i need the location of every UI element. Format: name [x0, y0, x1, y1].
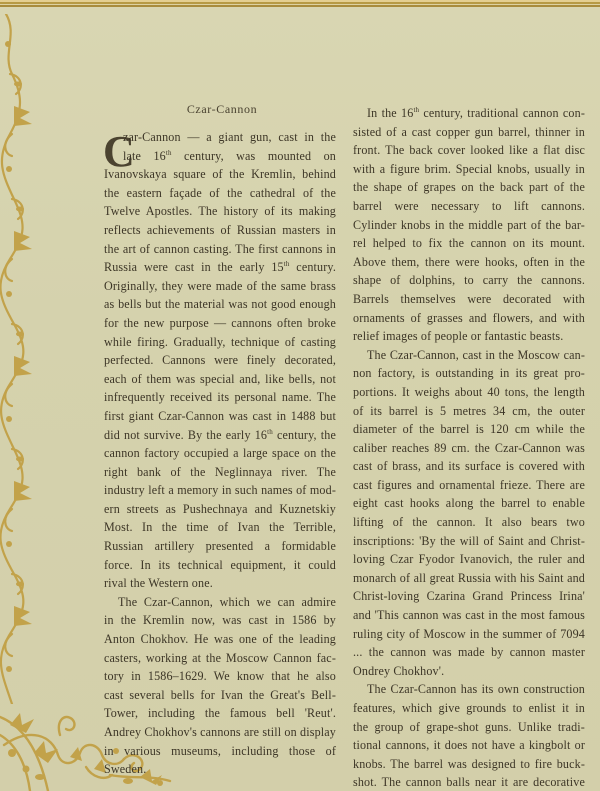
- text-line: reflects achievements of Russian masters…: [104, 221, 336, 240]
- text-line: Barrels themselves were decorated with: [353, 290, 585, 309]
- text-line: the shape of grapes on the back part of …: [353, 178, 585, 197]
- text-line: Russian artillery presented a formidable: [104, 537, 336, 556]
- text-line: casters, working at the Moscow Cannon fa…: [104, 649, 336, 668]
- text-line: Ondrey Chokhov'.: [353, 662, 585, 681]
- text-line: in the Kremlin now, was cast in 1586 by: [104, 611, 336, 630]
- text-line: cast of brass, and its surface is covere…: [353, 457, 585, 476]
- text-line: The Czar-Cannon, which we can admire: [104, 593, 336, 612]
- text-line: Ivanovskaya square of the Kremlin, behin…: [104, 165, 336, 184]
- text-line: caliber reaches 89 cm. the Czar-Cannon w…: [353, 439, 585, 458]
- text-line: barrel were necessary to lift cannons.: [353, 197, 585, 216]
- text-line: industry left a memory in such names of …: [104, 481, 336, 500]
- text-line: In the 16th century, traditional cannon …: [353, 104, 585, 123]
- text-line: with a figure brim. Special knobs, usual…: [353, 160, 585, 179]
- text-line: rival the Western one.: [104, 574, 336, 593]
- text-line: late 16th century, was mounted on: [104, 147, 336, 166]
- text-line: diameter of the barrel is 120 cm while t…: [353, 420, 585, 439]
- text-line: inscriptions: 'By the will of Saint and …: [353, 532, 585, 551]
- text-line: Sweden.: [104, 760, 336, 779]
- text-line: sisted of a cast copper gun barrel, thin…: [353, 123, 585, 142]
- text-line: Anton Chokhov. He was one of the leading: [104, 630, 336, 649]
- text-line: in various museums, including those of: [104, 742, 336, 761]
- text-line: Cylinder knobs in the middle part of the…: [353, 216, 585, 235]
- text-line: zar-Cannon — a giant gun, cast in the: [104, 128, 336, 147]
- text-line: Russia were cast in the early 15th centu…: [104, 258, 336, 277]
- text-line: ruling city of Moscow in the summer of 7…: [353, 625, 585, 644]
- text-line: the eastern façade of the cathedral of t…: [104, 184, 336, 203]
- text-line: knobs. The barrel was designed to fire b…: [353, 755, 585, 774]
- text-line: the art of cannon casting. The first can…: [104, 240, 336, 259]
- text-line: each of them was special and, like bells…: [104, 370, 336, 389]
- text-line: Christ-loving Czarina Grand Princess Iri…: [353, 587, 585, 606]
- text-line: Tower, including the famous bell 'Reut'.: [104, 704, 336, 723]
- top-gold-rule: [0, 0, 600, 10]
- text-line: as bells but the material was not good e…: [104, 295, 336, 314]
- text-line: The Czar-Cannon has its own construction: [353, 680, 585, 699]
- text-line: cast several bells for Ivan the Great's …: [104, 686, 336, 705]
- text-line: relief images of people or fantastic bea…: [353, 327, 585, 346]
- text-line: perfected. Cannons were finely decorated…: [104, 351, 336, 370]
- text-line: cast figures and ornamental frieze. Ther…: [353, 476, 585, 495]
- text-line: front. The back cover looked like a flat…: [353, 141, 585, 160]
- text-line: while firing. Gradually, technique of ca…: [104, 333, 336, 352]
- text-line: Andrey Chokhov's cannons are still on di…: [104, 723, 336, 742]
- text-line: ern streets as Pushechnaya and Kuznetski…: [104, 500, 336, 519]
- text-line: for the new purpose — cannons often brok…: [104, 314, 336, 333]
- text-line: The Czar-Cannon, cast in the Moscow can-: [353, 346, 585, 365]
- text-line: eight cast hooks along the barrel to ena…: [353, 494, 585, 513]
- left-floral-border-ornament: [0, 14, 36, 704]
- text-line: portions. It weighs about 40 tons, the l…: [353, 383, 585, 402]
- text-line: features, which give grounds to enlist i…: [353, 699, 585, 718]
- text-line: loving Czar Fyodor Ivanovich, the ruler …: [353, 550, 585, 569]
- text-line: non factory, is outstanding in its great…: [353, 364, 585, 383]
- text-line: Twelve Apostles. The history of its maki…: [104, 202, 336, 221]
- text-line: force. In its technical equipment, it co…: [104, 556, 336, 575]
- text-line: Originally, they were made of the same b…: [104, 277, 336, 296]
- text-line: the group of grape-shot guns. Unlike tra…: [353, 718, 585, 737]
- text-line: infrequently received its personal name.…: [104, 388, 336, 407]
- text-line: shape of dolphins, to carry the cannons.: [353, 271, 585, 290]
- text-line: and 'This cannon was cast in the most fa…: [353, 606, 585, 625]
- text-line: monarch of all great Russia with his Sai…: [353, 569, 585, 588]
- text-line: of its barrel is 5 metres 34 cm, the out…: [353, 402, 585, 421]
- text-line: tory in 1586–1629. We know that he also: [104, 667, 336, 686]
- text-line: right bank of the Neglinnaya river. The: [104, 463, 336, 482]
- text-line: ornaments of grasses and flowers, and wi…: [353, 309, 585, 328]
- text-line: Above them, there were hooks, often in t…: [353, 253, 585, 272]
- text-line: did not survive. By the early 16th centu…: [104, 426, 336, 445]
- text-line: rel helped to fix the cannon on its moun…: [353, 234, 585, 253]
- text-line: shot. The cannon balls near it are decor…: [353, 773, 585, 791]
- article-right-column: In the 16th century, traditional cannon …: [353, 104, 585, 791]
- book-page: C Czar-Cannon zar-Cannon — a giant gun, …: [0, 0, 600, 791]
- text-line: lifting of the cannon. It also bears two: [353, 513, 585, 532]
- text-line: cannon factory occupied a large space on…: [104, 444, 336, 463]
- text-line: ... the cannon was made by cannon master: [353, 643, 585, 662]
- text-line: Most. In the time of Ivan the Terrible,: [104, 518, 336, 537]
- text-line: first giant Czar-Cannon was cast in 1488…: [104, 407, 336, 426]
- text-line: tional cannons, it does not have a kingb…: [353, 736, 585, 755]
- article-left-column: Czar-Cannon zar-Cannon — a giant gun, ca…: [104, 100, 336, 779]
- article-title: Czar-Cannon: [104, 100, 336, 118]
